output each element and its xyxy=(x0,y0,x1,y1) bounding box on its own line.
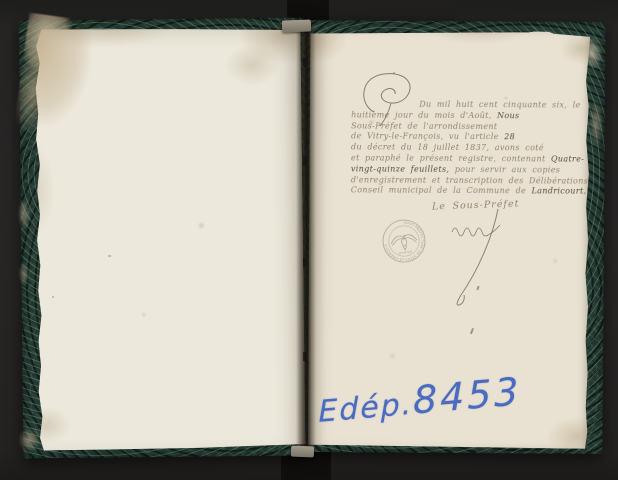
handwriting-segment: Sous-Préfet de l'arrondissement xyxy=(351,121,497,131)
spine-end-cap-top xyxy=(282,19,311,32)
handwriting-segment: du décret du 18 juillet 1837, avons coté xyxy=(351,143,544,153)
imperial-eagle-icon xyxy=(390,233,418,251)
handwriting-segment: de Vitry-le-François, vu l'article xyxy=(351,132,504,142)
gutter-stitch xyxy=(303,258,306,267)
scan-canvas: Du mil huit cent cinquante six, le huiti… xyxy=(0,0,618,480)
paper-speck xyxy=(52,296,54,298)
prefecture-stamp: SOUS-PRÉFECTURE DE VITRY-LE-FRANÇOIS MAR… xyxy=(378,215,430,267)
paraph-stroke xyxy=(440,205,510,317)
cover-damage-left-edge xyxy=(17,190,31,310)
stamp-ring-text-path: SOUS-PRÉFECTURE DE VITRY-LE-FRANÇOIS xyxy=(381,218,427,264)
book-gutter xyxy=(296,24,316,454)
handwriting-segment: 28 xyxy=(504,133,515,142)
paper-speck xyxy=(108,255,111,257)
gutter-stitch xyxy=(303,352,306,361)
spine-end-cap-bottom xyxy=(291,446,314,458)
handwriting-segment: Nous xyxy=(497,111,520,120)
handwriting-segment: d'enregistrement et transcription des Dé… xyxy=(351,175,591,185)
handwriting-line: Conseil municipal de la Commune de Landr… xyxy=(351,186,591,198)
cote-prefix: Edép. xyxy=(318,387,413,430)
gutter-stitch xyxy=(303,58,306,67)
handwriting-segment: pour servir aux copies xyxy=(449,165,560,175)
certification-text: Du mil huit cent cinquante six, le huiti… xyxy=(351,99,592,197)
gutter-stitch xyxy=(303,156,306,165)
handwriting-segment: Du mil huit cent cinquante six, le xyxy=(419,100,580,110)
handwriting-segment: et paraphé le présent registre, contenan… xyxy=(351,153,551,163)
handwriting-segment: Landricourt. xyxy=(531,187,586,196)
handwriting-segment: vingt-quinze feuillets, xyxy=(351,164,449,174)
stamp-ring-text: SOUS-PRÉFECTURE DE VITRY-LE-FRANÇOIS xyxy=(381,218,427,264)
page-left-blank xyxy=(33,26,305,450)
handwriting-segment: Conseil municipal de la Commune de xyxy=(351,186,532,196)
handwriting-segment: Quatre- xyxy=(551,154,584,163)
handwriting-segment: huitième jour du mois d'Août, xyxy=(351,110,497,120)
